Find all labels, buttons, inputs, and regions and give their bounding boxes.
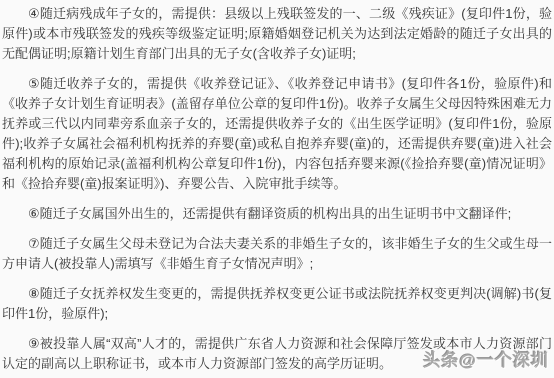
paragraph-5-adopted-children: ⑤随迁收养子女的，需提供《收养登记证》、《收养登记申请书》(复印件各1份，验原件… (2, 74, 552, 194)
paragraph-9-high-talent: ⑨被投靠人属“双高”人才的，需提供广东省人力资源和社会保障厅签发或本市人力资源部… (2, 334, 552, 374)
paragraph-8-custody-change: ⑧随迁子女抚养权发生变更的，需提供抚养权变更公证书或法院抚养权变更判决(调解)书… (2, 284, 552, 324)
paragraph-7-children-born-out-of-wedlock: ⑦随迁子女属生父母未登记为合法夫妻关系的非婚生子女的，该非婚生子女的生父或生母一… (2, 234, 552, 274)
paragraph-4-disabled-adult-children: ④随迁病残成年子女的，需提供：县级以上残联签发的一、二级《残疾证》(复印件1份，… (2, 4, 552, 64)
document-page: ④随迁病残成年子女的，需提供：县级以上残联签发的一、二级《残疾证》(复印件1份，… (0, 0, 554, 378)
paragraph-6-foreign-born-children: ⑥随迁子女属国外出生的，还需提供有翻译资质的机构出具的出生证明书中文翻译件; (2, 204, 552, 224)
